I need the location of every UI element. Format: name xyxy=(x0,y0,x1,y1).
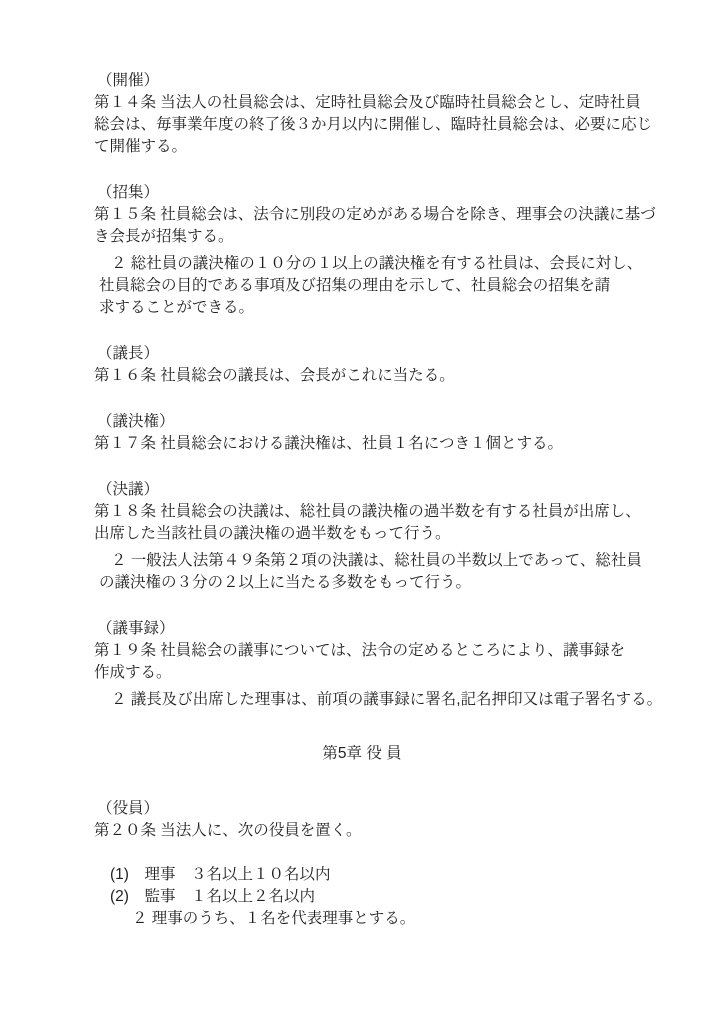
article-20-item-1: (1) 理事 ３名以上１０名以内 xyxy=(110,864,702,886)
document-page: （開催） 第１４条 当法人の社員総会は、定時社員総会及び臨時社員総会とし、定時社… xyxy=(0,0,724,1024)
article-17-caption: （議決権） xyxy=(97,411,702,433)
article-18-paragraph-1: 第１８条 社員総会の決議は、総社員の議決権の過半数を有する社員が出席し、 出席し… xyxy=(94,501,702,545)
article-14-section: （開催） 第１４条 当法人の社員総会は、定時社員総会及び臨時社員総会とし、定時社… xyxy=(94,70,702,158)
article-15-paragraph-1: 第１５条 社員総会は、法令に別段の定めがある場合を除き、理事会の決議に基づ き会… xyxy=(94,204,702,248)
article-20-caption: （役員） xyxy=(97,798,702,820)
article-17-section: （議決権） 第１７条 社員総会における議決権は、社員１名につき１個とする。 xyxy=(94,411,702,455)
article-20-section: （役員） 第２０条 当法人に、次の役員を置く。 (1) 理事 ３名以上１０名以内… xyxy=(94,798,702,930)
article-14-caption: （開催） xyxy=(97,70,702,92)
article-15-caption: （招集） xyxy=(97,182,702,204)
article-16-section: （議長） 第１６条 社員総会の議長は、会長がこれに当たる。 xyxy=(94,343,702,387)
article-16-paragraph-1: 第１６条 社員総会の議長は、会長がこれに当たる。 xyxy=(94,365,702,387)
article-18-caption: （決議） xyxy=(97,479,702,501)
article-15-paragraph-2: ２ 総社員の議決権の１０分の１以上の議決権を有する社員は、会長に対し、 社員総会… xyxy=(99,253,702,319)
chapter-5-heading: 第5章 役 員 xyxy=(0,743,724,765)
article-19-paragraph-2: ２ 議長及び出席した理事は、前項の議事録に署名,記名押印又は電子署名する。 xyxy=(99,689,702,711)
article-20-item-2: (2) 監事 １名以上２名以内 xyxy=(110,886,702,908)
article-19-section: （議事録） 第１９条 社員総会の議事については、法令の定めるところにより、議事録… xyxy=(94,618,702,711)
article-14-paragraph-1: 第１４条 当法人の社員総会は、定時社員総会及び臨時社員総会とし、定時社員 総会は… xyxy=(94,92,702,158)
article-17-paragraph-1: 第１７条 社員総会における議決権は、社員１名につき１個とする。 xyxy=(94,433,702,455)
article-18-section: （決議） 第１８条 社員総会の決議は、総社員の議決権の過半数を有する社員が出席し… xyxy=(94,479,702,594)
article-20-paragraph-1: 第２０条 当法人に、次の役員を置く。 xyxy=(94,820,702,842)
article-16-caption: （議長） xyxy=(97,343,702,365)
article-19-caption: （議事録） xyxy=(97,618,702,640)
article-19-paragraph-1: 第１９条 社員総会の議事については、法令の定めるところにより、議事録を 作成する… xyxy=(94,640,702,684)
article-18-paragraph-2: ２ 一般法人法第４９条第２項の決議は、総社員の半数以上であって、総社員 の議決権… xyxy=(99,550,702,594)
article-15-section: （招集） 第１５条 社員総会は、法令に別段の定めがある場合を除き、理事会の決議に… xyxy=(94,182,702,319)
article-20-paragraph-2: ２ 理事のうち、１名を代表理事とする。 xyxy=(132,908,702,930)
